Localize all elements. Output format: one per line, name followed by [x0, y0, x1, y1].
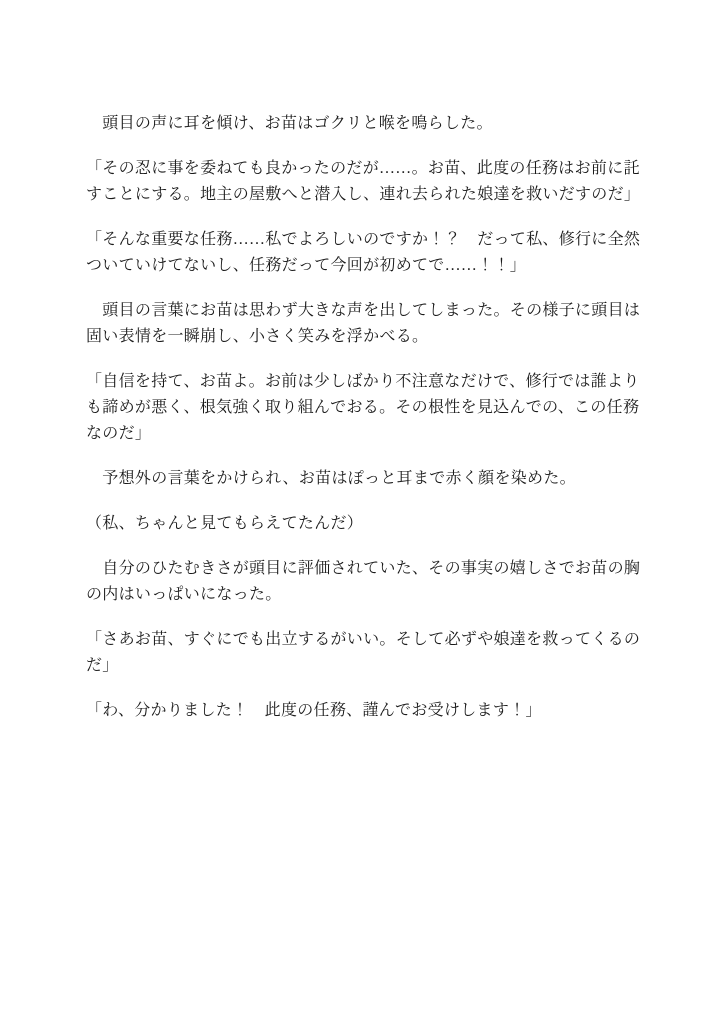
story-paragraph: 「さあお苗、すぐにでも出立するがいい。そして必ずや娘達を救ってくるの だ」	[86, 627, 646, 679]
story-paragraph: 「わ、分かりました！ 此度の任務、謹んでお受けします！」	[86, 698, 646, 724]
story-paragraph: 「そんな重要な任務……私でよろしいのですか！？ だって私、修行に全然 ついていけ…	[86, 227, 646, 279]
story-paragraph: 「その忍に事を委ねても良かったのだが……。お苗、此度の任務はお前に託 すことにす…	[86, 156, 646, 208]
story-paragraph: 「自信を持て、お苗よ。お前は少しばかり不注意なだけで、修行では誰より も諦めが悪…	[86, 369, 646, 447]
story-paragraph: 頭目の声に耳を傾け、お苗はゴクリと喉を鳴らした。	[86, 111, 646, 137]
story-paragraph: 頭目の言葉にお苗は思わず大きな声を出してしまった。その様子に頭目は 固い表情を一…	[86, 298, 646, 350]
story-paragraph: （私、ちゃんと見てもらえてたんだ）	[86, 511, 646, 537]
story-paragraph: 自分のひたむきさが頭目に評価されていた、その事実の嬉しさでお苗の胸 の内はいっぱ…	[86, 556, 646, 608]
document-page: 頭目の声に耳を傾け、お苗はゴクリと喉を鳴らした。 「その忍に事を委ねても良かった…	[86, 111, 646, 743]
story-paragraph: 予想外の言葉をかけられ、お苗はぽっと耳まで赤く顔を染めた。	[86, 466, 646, 492]
